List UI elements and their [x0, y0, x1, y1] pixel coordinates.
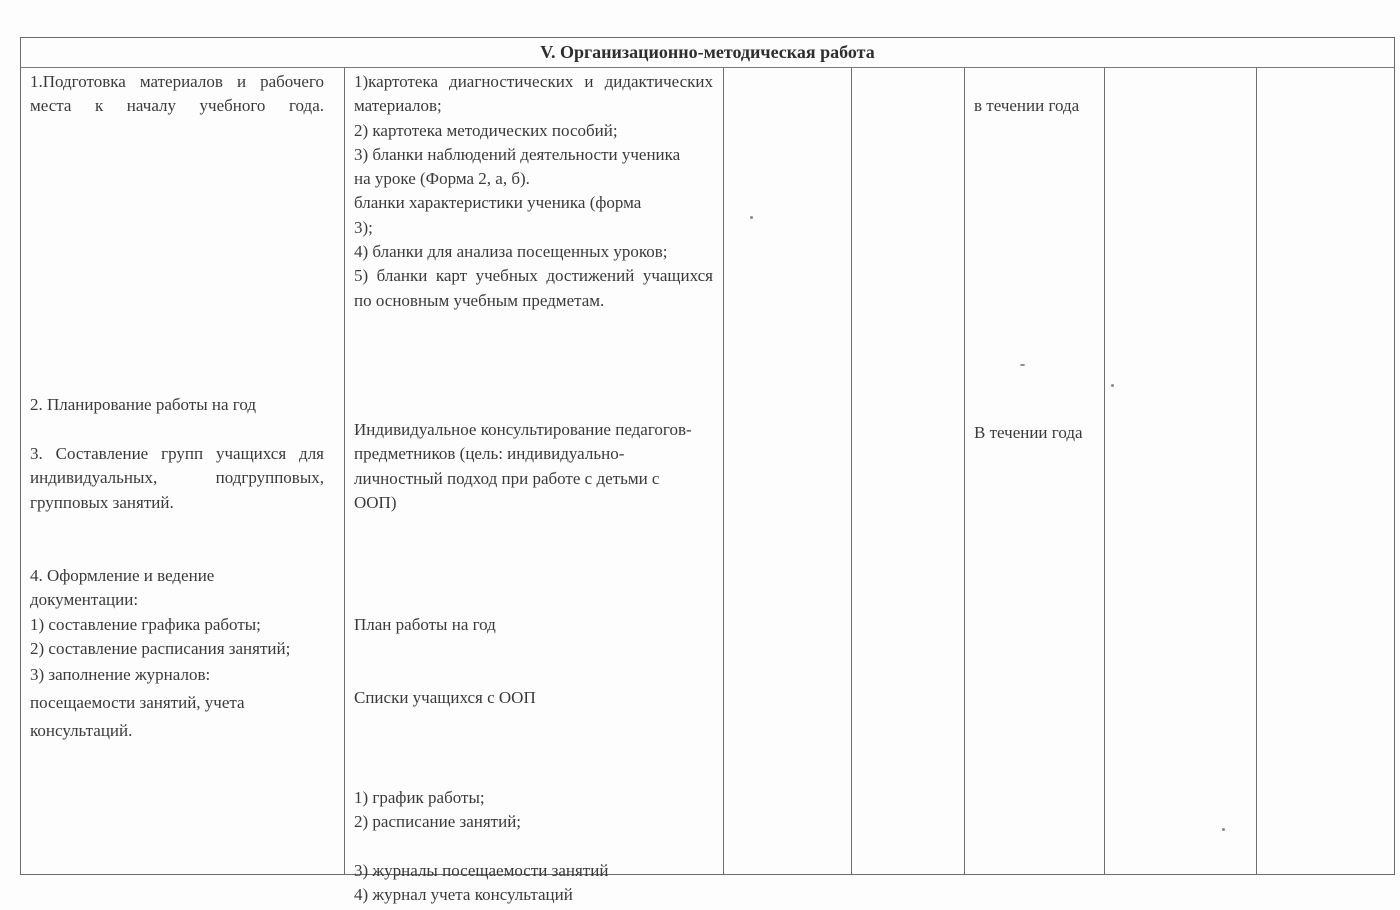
consulting-text: Индивидуальное консультирование педагого…: [354, 418, 699, 515]
column-empty-2: [851, 68, 964, 874]
docs-item: 4) журнал учета консультаций: [354, 883, 699, 907]
materials-list: 1)картотека диагностических и дидактичес…: [354, 70, 713, 313]
materials-item: бланки характеристики ученика (форма 3);: [354, 191, 654, 240]
docs-list: 1) график работы; 2) расписание занятий;…: [354, 786, 699, 907]
column-empty-3: [1104, 68, 1256, 874]
column-terms: в течении года В течении года: [964, 68, 1104, 874]
task-4-item: 2) составление расписания занятий;: [30, 637, 300, 661]
docs-item: 1) график работы;: [354, 786, 699, 810]
column-empty-4: [1256, 68, 1394, 874]
materials-item: 3) бланки наблюдений деятельности ученик…: [354, 143, 694, 192]
column-content: 1)картотека диагностических и дидактичес…: [344, 68, 723, 874]
materials-item: 5) бланки карт учебных достижений учащих…: [354, 264, 713, 313]
column-tasks: 1.Подготовка материалов и рабочего места…: [21, 68, 344, 874]
task-4-title: 4. Оформление и ведение документации:: [30, 564, 300, 613]
task-4: 4. Оформление и ведение документации: 1)…: [30, 564, 300, 745]
task-4-item: 1) составление графика работы;: [30, 613, 330, 637]
term-1: в течении года: [974, 94, 1096, 118]
docs-item: 3) журналы посещаемости занятий: [354, 859, 699, 883]
task-1: 1.Подготовка материалов и рабочего места…: [30, 70, 324, 119]
materials-item: 1)картотека диагностических и дидактичес…: [354, 70, 713, 119]
term-2: В течении года: [974, 419, 1096, 447]
materials-item: 4) бланки для анализа посещенных уроков;: [354, 240, 713, 264]
materials-item: 2) картотека методических пособий;: [354, 119, 713, 143]
docs-item: 2) расписание занятий;: [354, 810, 699, 834]
task-3: 3. Составление групп учащихся для индиви…: [30, 442, 324, 515]
lists-text: Списки учащихся с ООП: [354, 686, 699, 710]
section-title: V. Организационно-методическая работа: [21, 38, 1394, 68]
plan-text: План работы на год: [354, 613, 699, 637]
task-4-item: 3) заполнение журналов: посещаемости зан…: [30, 661, 300, 745]
column-empty-1: [723, 68, 851, 874]
plan-table: V. Организационно-методическая работа 1.…: [20, 37, 1395, 875]
task-2: 2. Планирование работы на год: [30, 393, 330, 417]
